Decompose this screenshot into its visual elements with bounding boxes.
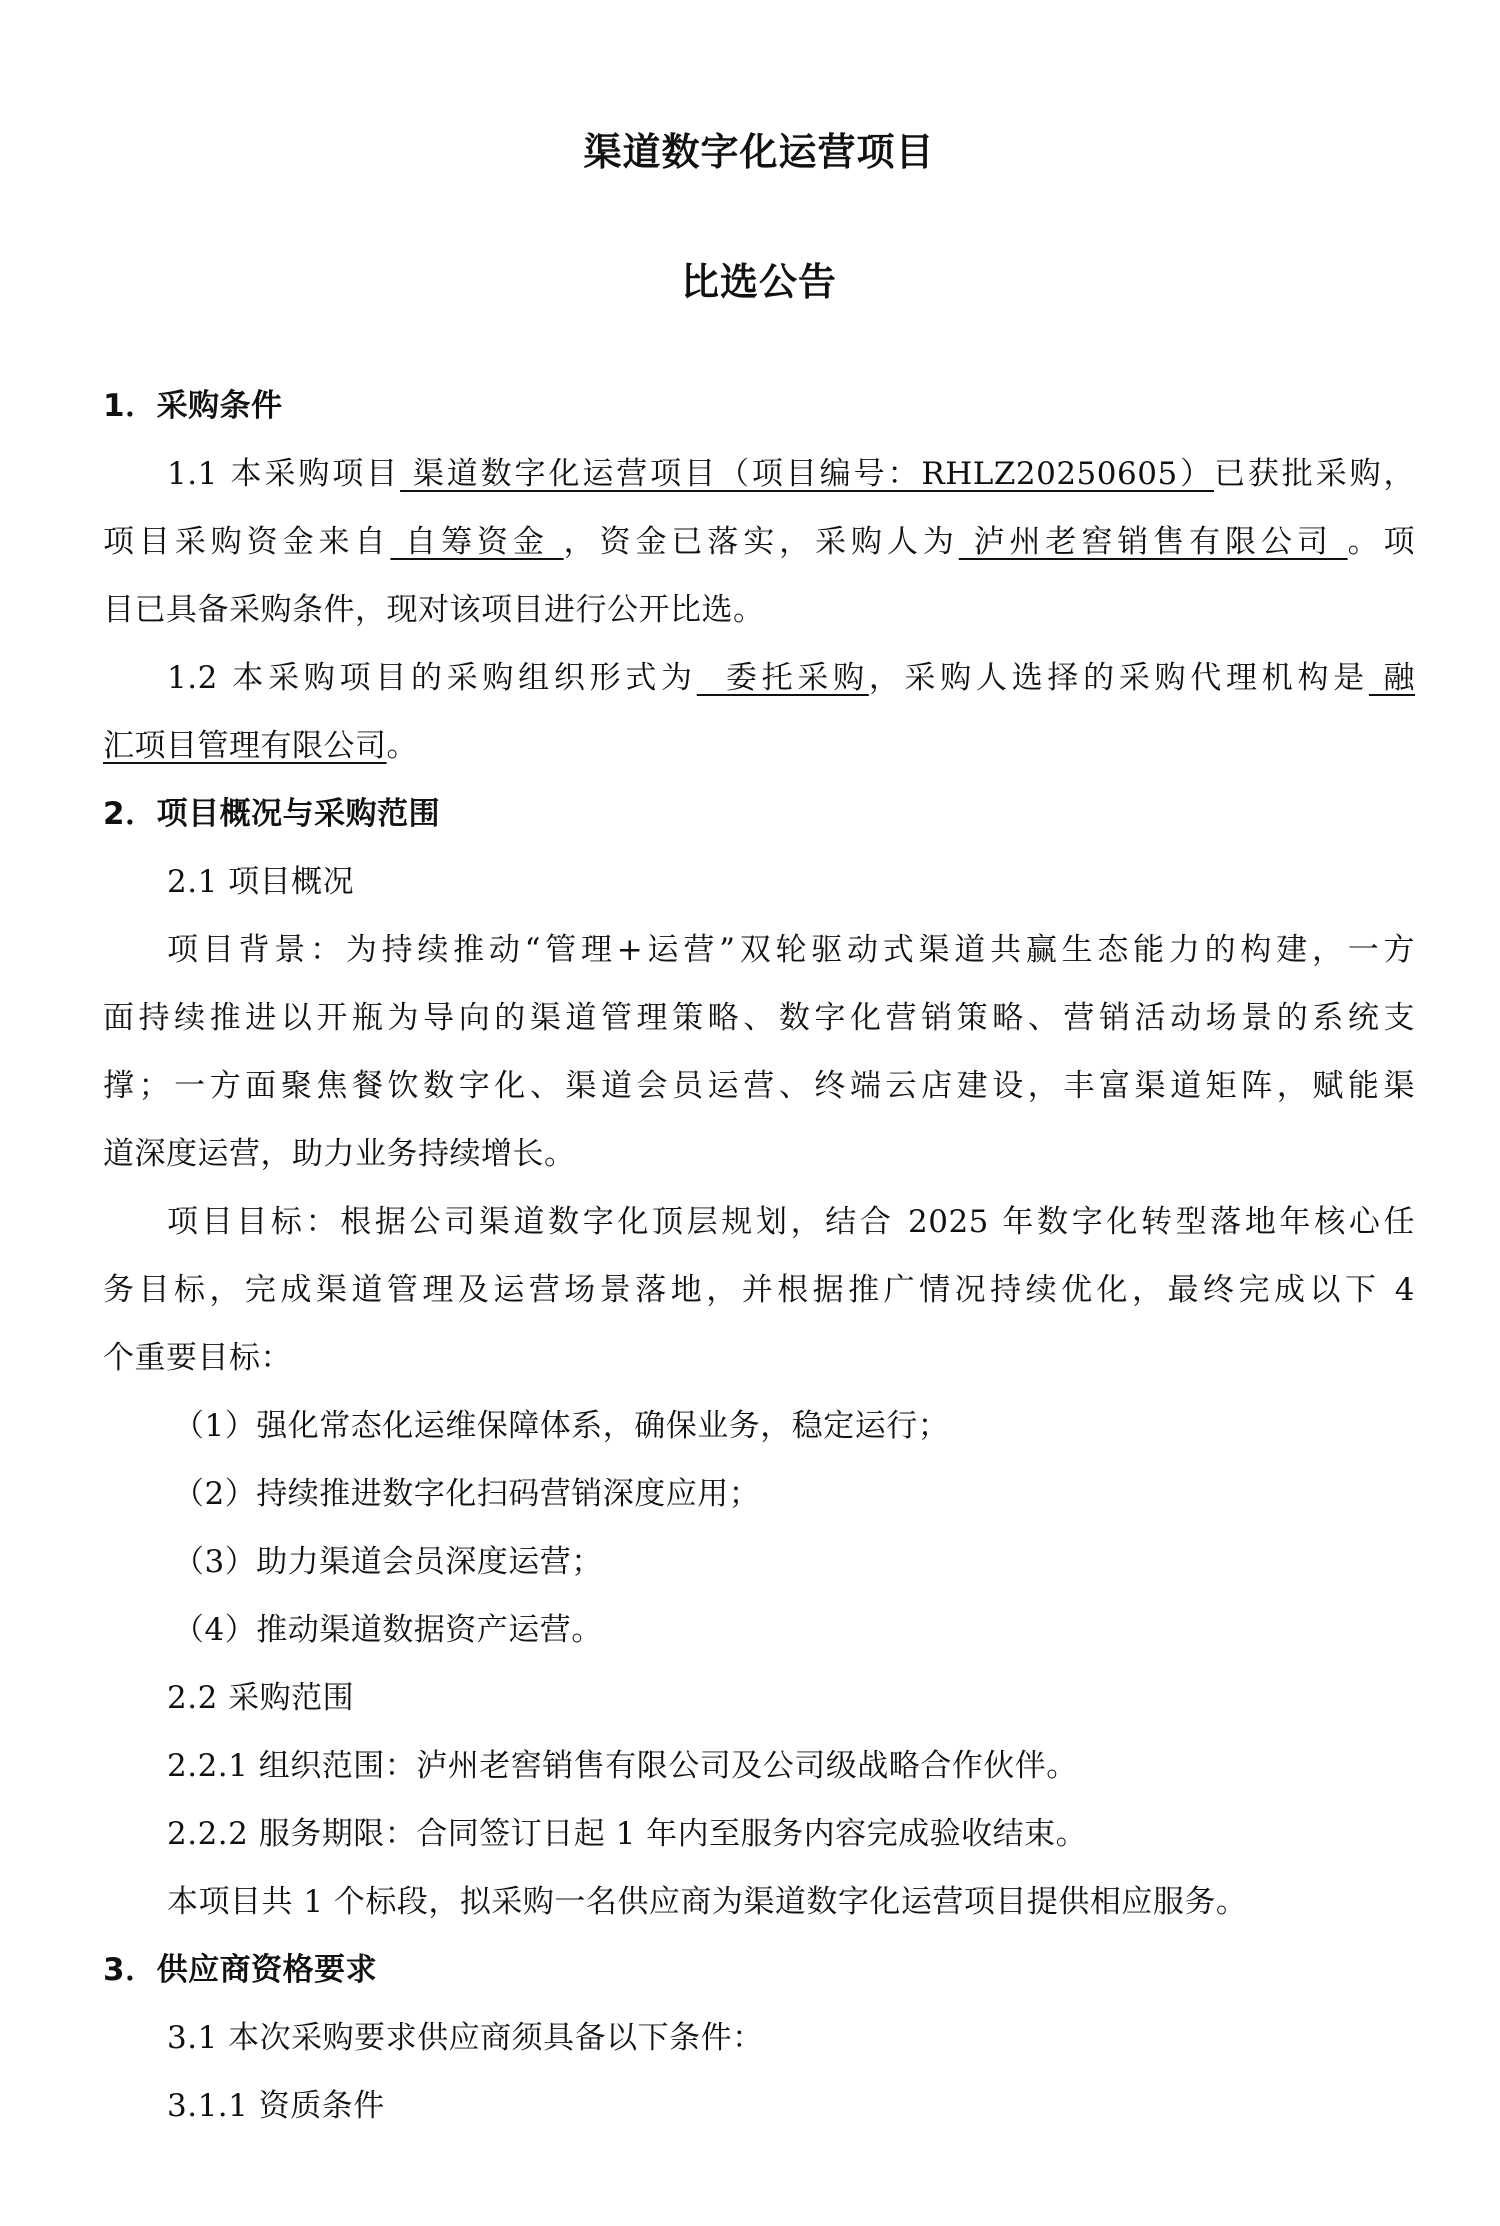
paragraph-1-1-line-3: 目已具备采购条件，现对该项目进行公开比选。 (103, 588, 1415, 632)
subheading-3-1-1: 3.1.1 资质条件 (103, 2084, 1415, 2128)
section-heading-1: 1．采购条件 (103, 384, 1415, 428)
line-suffix: 。项 (1348, 524, 1415, 560)
goal-item-1: （1）强化常态化运维保障体系，确保业务，稳定运行； (103, 1404, 1415, 1448)
paragraph-1-2-line-1: 1.2 本采购项目的采购组织形式为 委托采购，采购人选择的采购代理机构是 融 (103, 656, 1415, 700)
document-subtitle: 比选公告 (103, 258, 1415, 306)
subheading-2-1: 2.1 项目概况 (103, 860, 1415, 904)
agency-field-part2: 汇项目管理有限公司 (103, 728, 387, 764)
purchaser-label: ，资金已落实，采购人为 (564, 524, 959, 560)
agency-label: ，采购人选择的采购代理机构是 (869, 660, 1369, 696)
goals-line-2: 务目标，完成渠道管理及运营场景落地，并根据推广情况持续优化，最终完成以下 4 (103, 1268, 1415, 1312)
period: 。 (387, 728, 419, 764)
fund-source-label: 项目采购资金来自 (103, 524, 390, 560)
section-heading-3: 3．供应商资格要求 (103, 1948, 1415, 1992)
paragraph-1-1-line-2: 项目采购资金来自 自筹资金 ，资金已落实，采购人为 泸州老窖销售有限公司 。项 (103, 520, 1415, 564)
scope-organization: 2.2.1 组织范围：泸州老窖销售有限公司及公司级战略合作伙伴。 (103, 1744, 1415, 1788)
section-heading-2: 2．项目概况与采购范围 (103, 792, 1415, 836)
subheading-3-1: 3.1 本次采购要求供应商须具备以下条件： (103, 2016, 1415, 2060)
goal-item-2: （2）持续推进数字化扫码营销深度应用； (103, 1472, 1415, 1516)
goals-line-1: 项目目标：根据公司渠道数字化顶层规划，结合 2025 年数字化转型落地年核心任 (103, 1200, 1415, 1244)
goals-line-3: 个重要目标： (103, 1336, 1415, 1380)
background-line-4: 道深度运营，助力业务持续增长。 (103, 1132, 1415, 1176)
background-line-1: 项目背景：为持续推动“管理+运营”双轮驱动式渠道共赢生态能力的构建，一方 (103, 928, 1415, 972)
document-title: 渠道数字化运营项目 (103, 128, 1415, 176)
purchaser-field: 泸州老窖销售有限公司 (959, 524, 1348, 560)
background-line-2: 面持续推进以开瓶为导向的渠道管理策略、数字化营销策略、营销活动场景的系统支 (103, 996, 1415, 1040)
label-1-1: 1.1 本采购项目 (167, 456, 400, 492)
project-name-field: 渠道数字化运营项目（项目编号：RHLZ20250605） (400, 456, 1214, 492)
paragraph-1-1-line-1: 1.1 本采购项目 渠道数字化运营项目（项目编号：RHLZ20250605）已获… (103, 452, 1415, 496)
approved-text: 已获批采购， (1214, 456, 1415, 492)
background-line-3: 撑；一方面聚焦餐饮数字化、渠道会员运营、终端云店建设，丰富渠道矩阵，赋能渠 (103, 1064, 1415, 1108)
subheading-2-2: 2.2 采购范围 (103, 1676, 1415, 1720)
org-form-field: 委托采购 (697, 660, 869, 696)
org-form-label: 1.2 本采购项目的采购组织形式为 (167, 660, 697, 696)
goal-item-3: （3）助力渠道会员深度运营； (103, 1540, 1415, 1584)
paragraph-1-2-line-2: 汇项目管理有限公司。 (103, 724, 1415, 768)
goal-item-4: （4）推动渠道数据资产运营。 (103, 1608, 1415, 1652)
fund-source-field: 自筹资金 (390, 524, 563, 560)
agency-field-part1: 融 (1369, 660, 1415, 696)
scope-service-period: 2.2.2 服务期限：合同签订日起 1 年内至服务内容完成验收结束。 (103, 1812, 1415, 1856)
lots-statement: 本项目共 1 个标段，拟采购一名供应商为渠道数字化运营项目提供相应服务。 (103, 1880, 1415, 1924)
